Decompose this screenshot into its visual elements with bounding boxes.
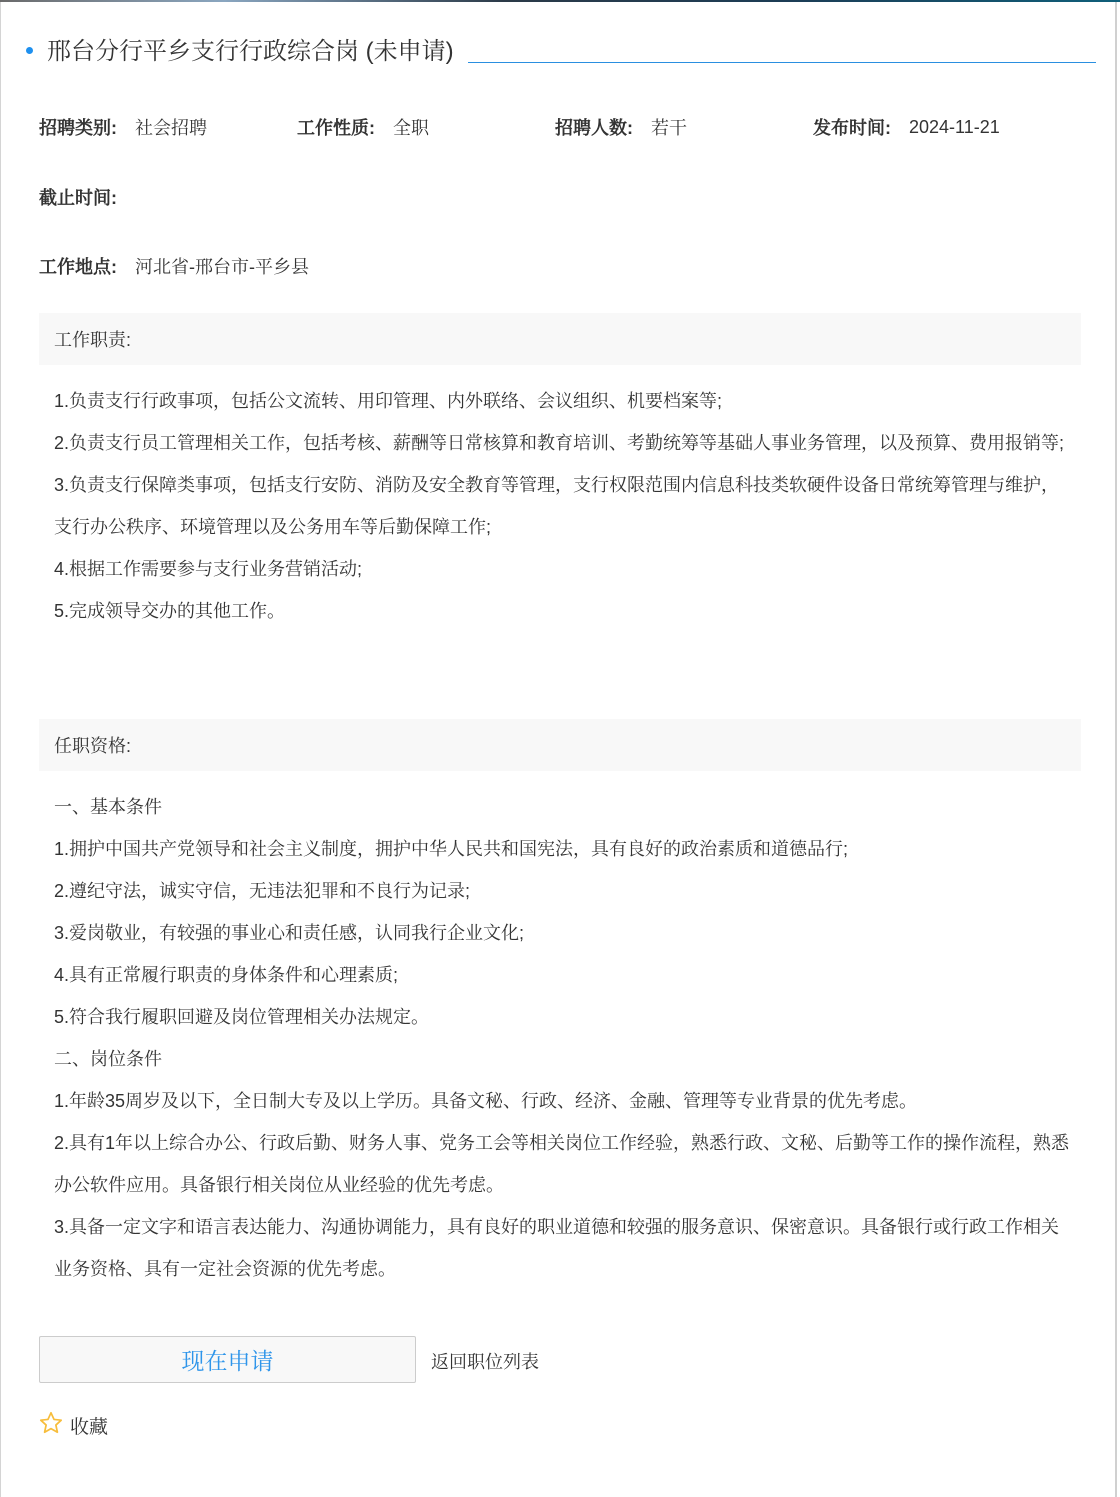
meta-label: 工作地点: xyxy=(39,253,117,279)
qualification-item: 2.具有1年以上综合办公、行政后勤、财务人事、党务工会等相关岗位工作经验，熟悉行… xyxy=(54,1122,1074,1206)
duty-item: 2.负责支行员工管理相关工作，包括考核、薪酬等日常核算和教育培训、考勤统筹等基础… xyxy=(54,422,1074,464)
duties-heading: 工作职责: xyxy=(39,313,1081,365)
apply-now-label: 现在申请 xyxy=(182,1343,274,1376)
meta-value: 全职 xyxy=(393,114,429,140)
qualifications-list: 一、基本条件 1.拥护中国共产党领导和社会主义制度，拥护中华人民共和国宪法，具有… xyxy=(54,786,1074,1290)
back-to-job-list-link[interactable]: 返回职位列表 xyxy=(431,1348,539,1374)
meta-value: 2024-11-21 xyxy=(909,117,1000,138)
duty-item: 5.完成领导交办的其他工作。 xyxy=(54,590,1074,632)
duty-item: 4.根据工作需要参与支行业务营销活动; xyxy=(54,548,1074,590)
meta-label: 工作性质: xyxy=(297,114,375,140)
qualification-subheading: 一、基本条件 xyxy=(54,786,1074,828)
meta-row-3: 工作地点: 河北省-邢台市-平乡县 xyxy=(39,251,309,281)
meta-value: 若干 xyxy=(651,114,687,140)
qualification-item: 1.年龄35周岁及以下，全日制大专及以上学历。具备文秘、行政、经济、金融、管理等… xyxy=(54,1080,1074,1122)
meta-publish-date: 发布时间: 2024-11-21 xyxy=(813,114,1000,140)
meta-value: 社会招聘 xyxy=(135,114,207,140)
duties-heading-text: 工作职责: xyxy=(54,326,131,352)
meta-deadline: 截止时间: xyxy=(39,184,135,210)
qualification-item: 4.具有正常履行职责的身体条件和心理素质; xyxy=(54,954,1074,996)
qualification-item: 2.遵纪守法，诚实守信，无违法犯罪和不良行为记录; xyxy=(54,870,1074,912)
meta-row-2: 截止时间: xyxy=(39,182,135,212)
favorite-label: 收藏 xyxy=(70,1412,108,1439)
qualification-item: 3.具备一定文字和语言表达能力、沟通协调能力，具有良好的职业道德和较强的服务意识… xyxy=(54,1206,1074,1290)
qualification-item: 1.拥护中国共产党领导和社会主义制度，拥护中华人民共和国宪法，具有良好的政治素质… xyxy=(54,828,1074,870)
duty-item: 3.负责支行保障类事项，包括支行安防、消防及安全教育等管理，支行权限范围内信息科… xyxy=(54,464,1074,548)
job-title-row: 邢台分行平乡支行行政综合岗 (未申请) xyxy=(24,28,1096,68)
qualification-item: 3.爱岗敬业，有较强的事业心和责任感，认同我行企业文化; xyxy=(54,912,1074,954)
meta-label: 发布时间: xyxy=(813,114,891,140)
meta-headcount: 招聘人数: 若干 xyxy=(555,114,813,140)
meta-job-nature: 工作性质: 全职 xyxy=(297,114,555,140)
qualification-item: 5.符合我行履职回避及岗位管理相关办法规定。 xyxy=(54,996,1074,1038)
favorite-button[interactable]: 收藏 xyxy=(38,1410,108,1441)
meta-value: 河北省-邢台市-平乡县 xyxy=(135,253,309,279)
meta-label: 招聘人数: xyxy=(555,114,633,140)
duties-list: 1.负责支行行政事项，包括公文流转、用印管理、内外联络、会议组织、机要档案等; … xyxy=(54,380,1074,632)
meta-label: 截止时间: xyxy=(39,184,117,210)
duty-item: 1.负责支行行政事项，包括公文流转、用印管理、内外联络、会议组织、机要档案等; xyxy=(54,380,1074,422)
job-title: 邢台分行平乡支行行政综合岗 (未申请) xyxy=(47,31,454,66)
star-outline-icon xyxy=(38,1410,64,1441)
qualifications-heading-text: 任职资格: xyxy=(54,732,131,758)
qualifications-heading: 任职资格: xyxy=(39,719,1081,771)
qualification-subheading: 二、岗位条件 xyxy=(54,1038,1074,1080)
meta-location: 工作地点: 河北省-邢台市-平乡县 xyxy=(39,253,309,279)
meta-label: 招聘类别: xyxy=(39,114,117,140)
bullet-dot-icon xyxy=(26,47,33,54)
title-underline xyxy=(468,62,1096,63)
meta-row-1: 招聘类别: 社会招聘 工作性质: 全职 招聘人数: 若干 发布时间: 2024-… xyxy=(39,112,1000,142)
apply-now-button[interactable]: 现在申请 xyxy=(39,1336,416,1383)
meta-recruit-type: 招聘类别: 社会招聘 xyxy=(39,114,297,140)
